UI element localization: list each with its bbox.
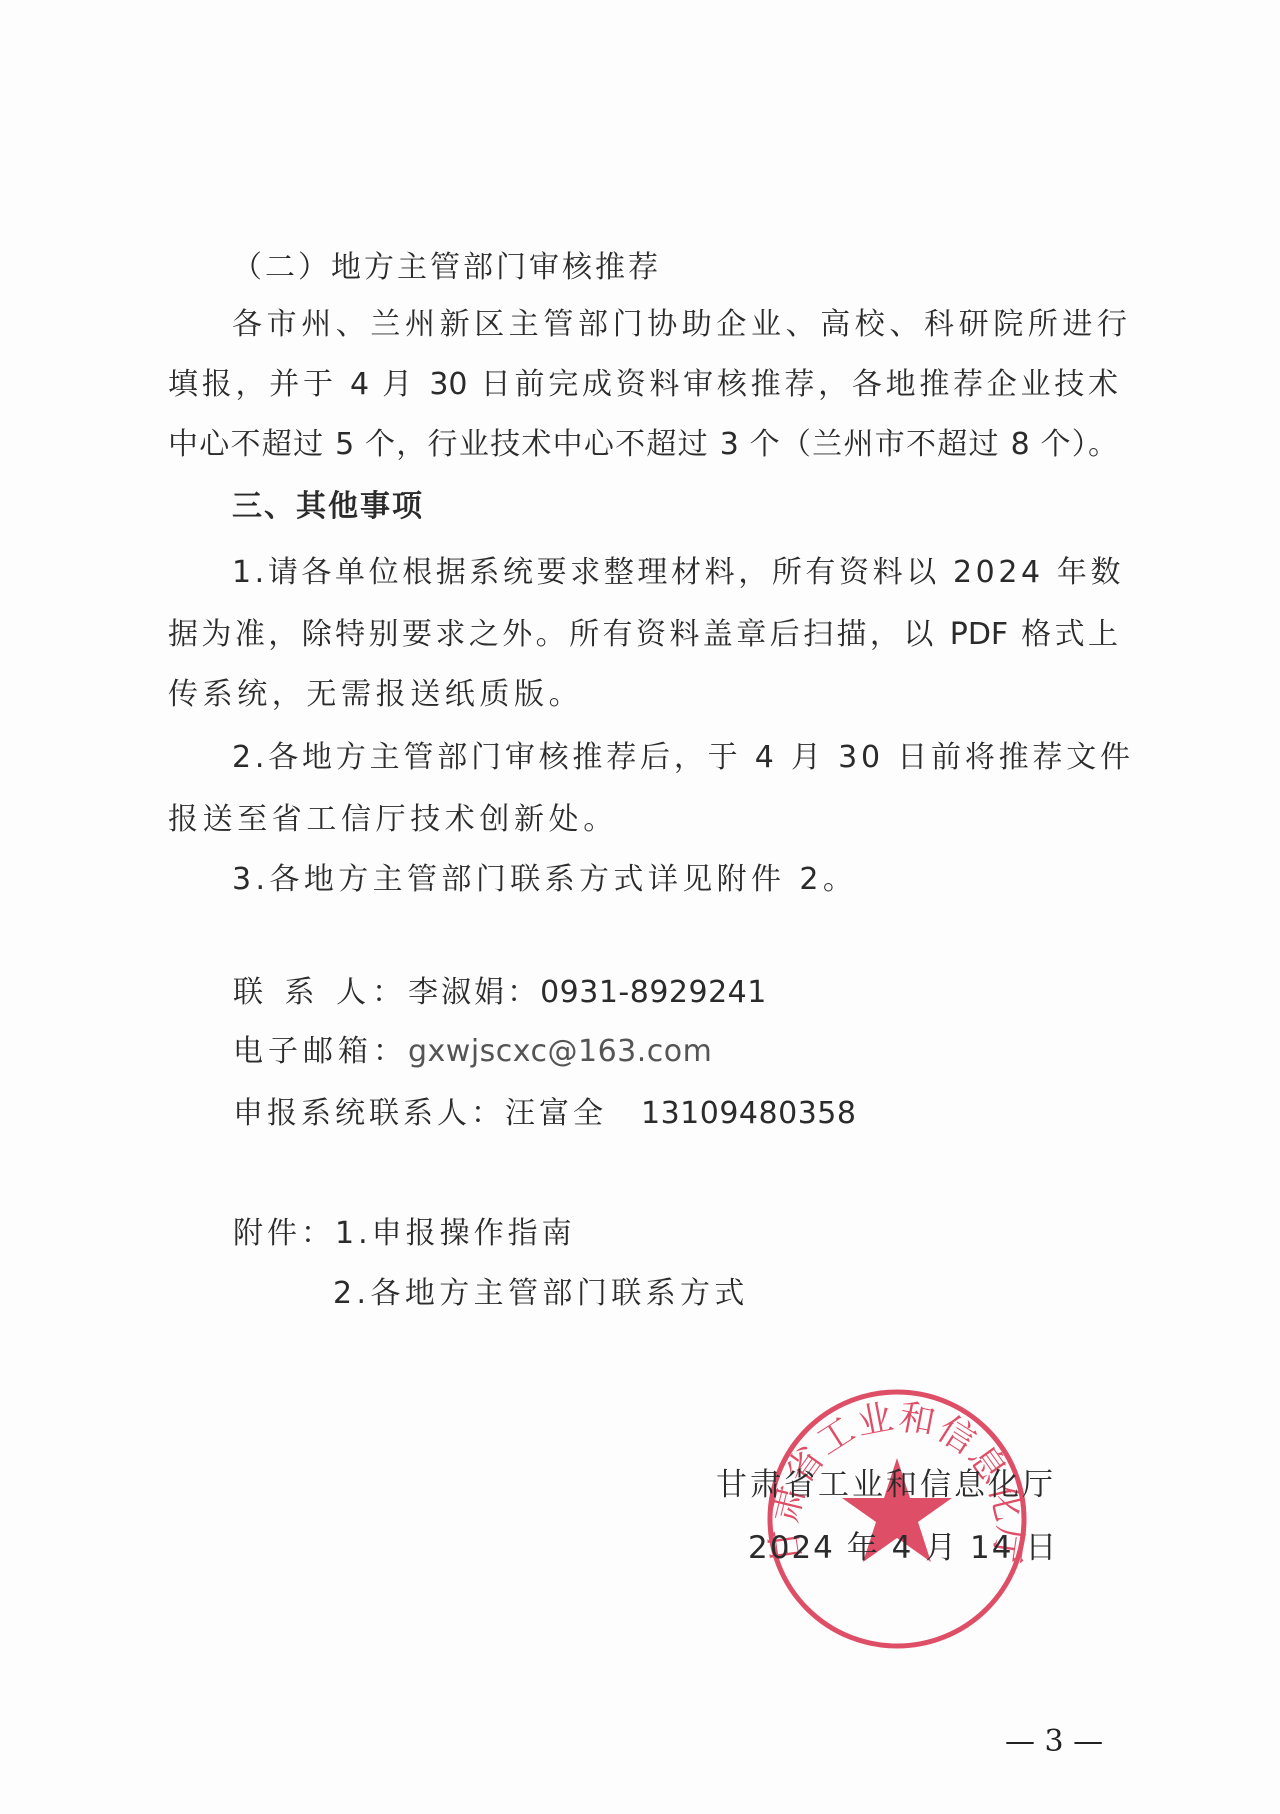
attachments-line: 附件：1.申报操作指南 (233, 1214, 576, 1254)
paragraph-line: 中心不超过 5 个，行业技术中心不超过 3 个（兰州市不超过 8 个）。 (168, 425, 1118, 465)
item-3-line: 3.各地方主管部门联系方式详见附件 2。 (232, 860, 857, 900)
system-contact-name: 汪富全 (505, 1096, 607, 1131)
email-address[interactable]: gxwjscxc@163.com (408, 1034, 712, 1069)
official-seal-icon: 甘肃省工业和信息化厅 (764, 1386, 1030, 1652)
attachment-item: 1.申报操作指南 (335, 1216, 576, 1251)
attachments-label: 附件： (233, 1216, 335, 1251)
paragraph-line: 各市州、兰州新区主管部门协助企业、高校、科研院所进行 (232, 305, 1132, 345)
item-1-line: 传系统，无需报送纸质版。 (168, 675, 583, 715)
section-sub-heading: （二）地方主管部门审核推荐 (232, 248, 661, 288)
contact-line: 联 系 人：李淑娟：0931-8929241 (233, 973, 767, 1013)
item-1-line: 1.请各单位根据系统要求整理材料，所有资料以 2024 年数 (232, 553, 1124, 593)
contact-phone: 0931-8929241 (540, 975, 767, 1010)
page-number: — 3 — (1005, 1722, 1103, 1762)
contact-name: 李淑娟： (408, 975, 540, 1010)
signing-organization: 甘肃省工业和信息化厅 (716, 1465, 1056, 1505)
system-contact-line: 申报系统联系人：汪富全13109480358 (233, 1094, 856, 1134)
contact-label: 联 系 人： (233, 975, 408, 1010)
signing-date: 2024 年 4 月 14 日 (748, 1528, 1058, 1568)
item-2-line: 报送至省工信厅技术创新处。 (168, 800, 618, 840)
paragraph-line: 填报，并于 4 月 30 日前完成资料审核推荐，各地推荐企业技术 (168, 365, 1118, 405)
item-2-line: 2.各地方主管部门审核推荐后，于 4 月 30 日前将推荐文件 (232, 738, 1134, 778)
system-contact-phone: 13109480358 (641, 1096, 856, 1131)
email-line: 电子邮箱：gxwjscxc@163.com (233, 1032, 712, 1072)
system-contact-label: 申报系统联系人： (233, 1096, 505, 1131)
section-heading: 三、其他事项 (232, 487, 424, 527)
email-label: 电子邮箱： (233, 1034, 408, 1069)
document-page: （二）地方主管部门审核推荐 各市州、兰州新区主管部门协助企业、高校、科研院所进行… (0, 0, 1280, 1814)
attachment-item: 2.各地方主管部门联系方式 (333, 1274, 749, 1314)
item-1-line: 据为准，除特别要求之外。所有资料盖章后扫描，以 PDF 格式上 (168, 615, 1118, 655)
